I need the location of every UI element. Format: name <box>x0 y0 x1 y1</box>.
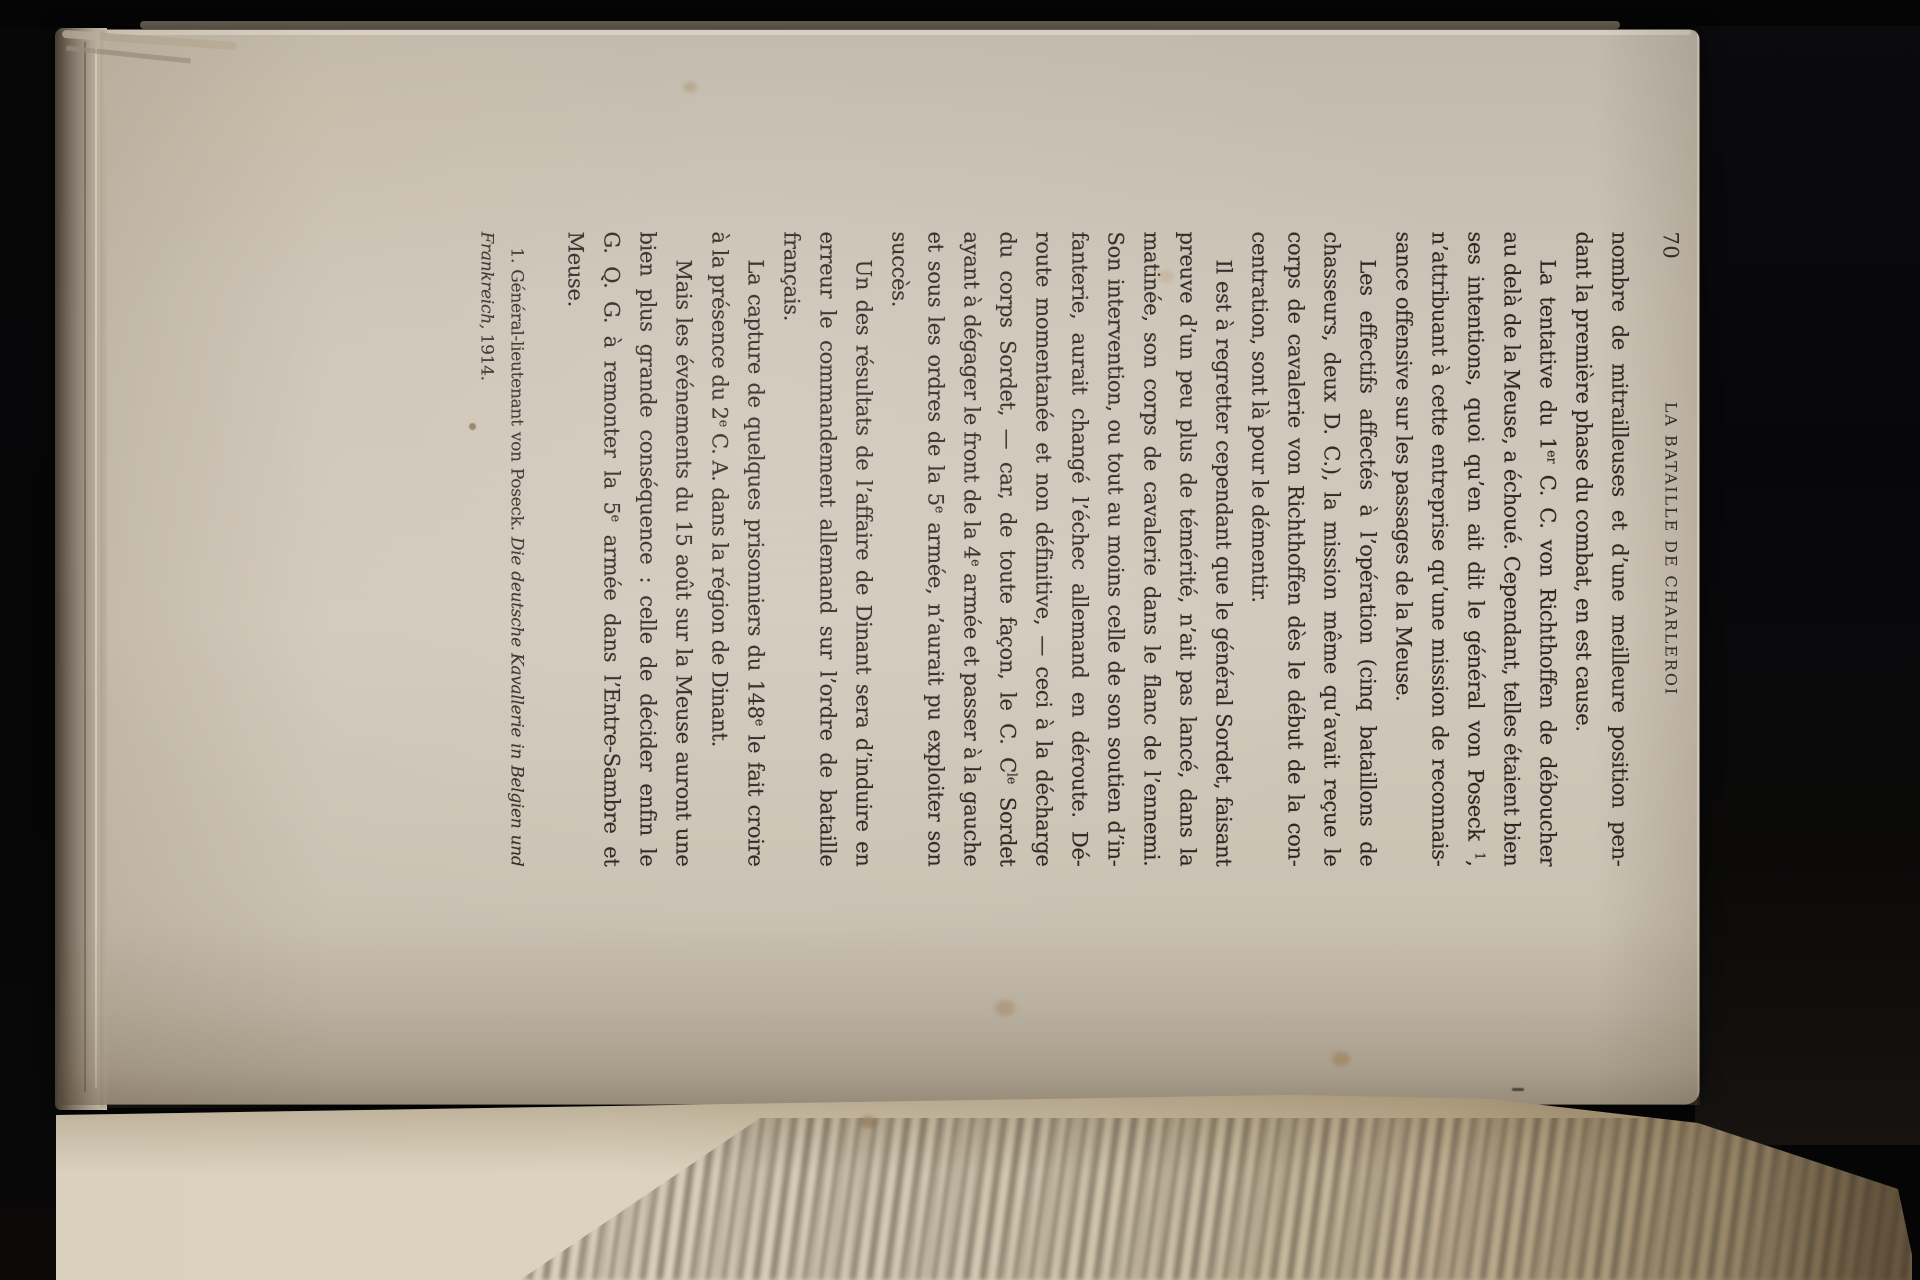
text-line: Frankreich, 1914. <box>472 232 502 867</box>
page-number: 70 <box>1659 232 1683 260</box>
text-line: chasseurs, deux D. C.), la mission même … <box>1314 232 1350 867</box>
text-line: 1. Général-lieutenant von Poseck. Die de… <box>502 232 532 867</box>
text-line: sance offensive sur les passages de la M… <box>1386 232 1422 867</box>
text-line: nombre de mitrailleuses et d’une meilleu… <box>1602 232 1638 867</box>
text-line: dant la première phase du combat, en est… <box>1566 232 1602 867</box>
background-right <box>1695 0 1920 1145</box>
text-line: et sous les ordres de la 5e armée, n’aur… <box>918 232 954 867</box>
text-line: au delà de la Meuse, a échoué. Cependant… <box>1494 232 1530 867</box>
text-line: ses intentions, quoi qu’en ait dit le gé… <box>1458 232 1494 867</box>
text-line: français. <box>774 232 810 867</box>
text-line: ayant à dégager le front de la 4e armée … <box>954 232 990 867</box>
text-line: preuve d’un peu plus de témérité, n’ait … <box>1170 232 1206 867</box>
book-photo: 70 LA BATAILLE DE CHARLEROI nombre de mi… <box>0 0 1920 1280</box>
text-line: La tentative du 1er C. C. von Richthoffe… <box>1530 232 1566 867</box>
text-line: du corps Sordet, — car, de toute façon, … <box>990 232 1026 867</box>
text-line: route momentanée et non définitive, — ce… <box>1026 232 1062 867</box>
page-header: 70 LA BATAILLE DE CHARLEROI <box>1656 232 1686 867</box>
footnote: 1. Général-lieutenant von Poseck. Die de… <box>472 232 532 867</box>
text-line: Meuse. <box>558 232 594 867</box>
left-page: 70 LA BATAILLE DE CHARLEROI nombre de mi… <box>60 30 1700 1105</box>
text-line: La capture de quelques prisonniers du 14… <box>738 232 774 867</box>
text-line: succès. <box>882 232 918 867</box>
text-line: matinée, son corps de cavalerie dans le … <box>1134 232 1170 867</box>
text-line: erreur le commandement allemand sur l’or… <box>810 232 846 867</box>
facing-page-blurred <box>50 1085 1915 1280</box>
body-text: nombre de mitrailleuses et d’une meilleu… <box>558 232 1638 867</box>
text-line: Son intervention, ou tout au moins celle… <box>1098 232 1134 867</box>
text-line: à la présence du 2e C. A. dans la région… <box>702 232 738 867</box>
text-line: corps de cavalerie von Richthoffen dès l… <box>1278 232 1314 867</box>
text-line: Il est à regretter cependant que le géné… <box>1206 232 1242 867</box>
background-left <box>0 0 62 1280</box>
running-title: LA BATAILLE DE CHARLEROI <box>1662 232 1686 867</box>
text-line: n’attribuant à cette entreprise qu’une m… <box>1422 232 1458 867</box>
text-line: fanterie, aurait changé l’échec allemand… <box>1062 232 1098 867</box>
text-line: Les effectifs affectés à l’opération (ci… <box>1350 232 1386 867</box>
background-top <box>0 0 1920 26</box>
text-line: centration, sont là pour le démentir. <box>1242 232 1278 867</box>
text-line: Mais les événements du 15 août sur la Me… <box>666 232 702 867</box>
text-line: bien plus grande conséquence : celle de … <box>630 232 666 867</box>
text-line: G. Q. G. à remonter la 5e armée dans l’E… <box>594 232 630 867</box>
text-line: Un des résultats de l’affaire de Dinant … <box>846 232 882 867</box>
